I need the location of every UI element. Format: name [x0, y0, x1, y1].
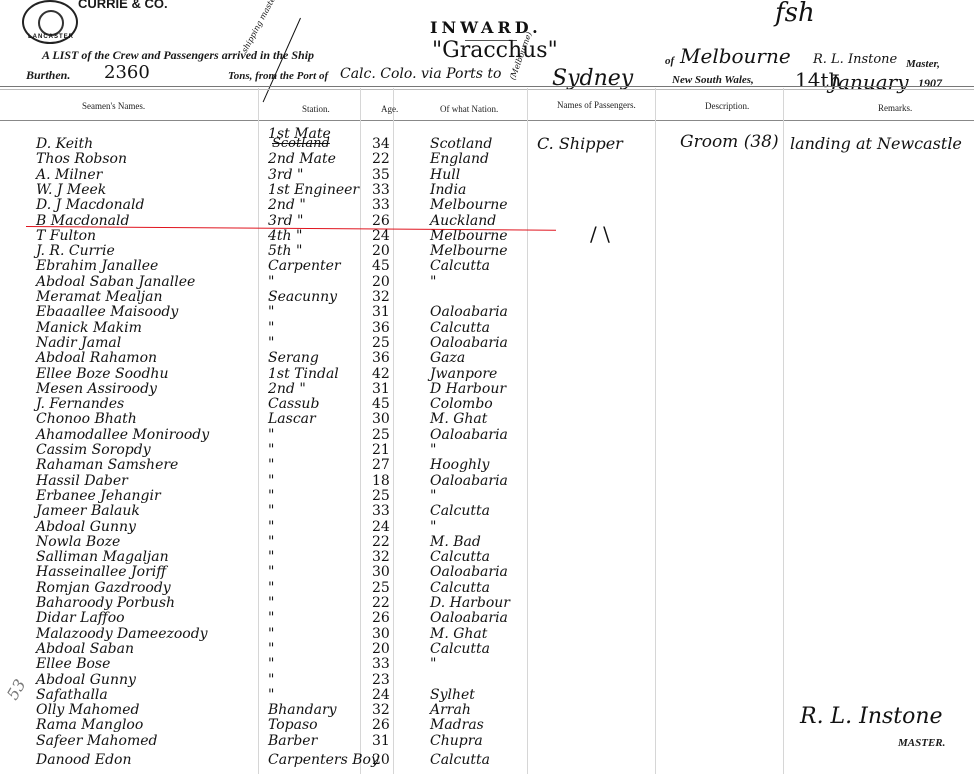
- table-row: W. J Meek1st Engineer33India: [0, 182, 974, 198]
- crew-station: ": [268, 427, 274, 443]
- crew-station: Seacunny: [268, 289, 337, 305]
- table-row: Safathalla"24Sylhet: [0, 687, 974, 703]
- table-row: Meramat MealjanSeacunny32: [0, 289, 974, 305]
- crew-age: 24: [372, 228, 390, 244]
- crew-name: D. J Macdonald: [36, 197, 144, 213]
- crew-station: ": [268, 442, 274, 458]
- crew-station: 3rd ": [268, 213, 303, 229]
- from-port: Calc. Colo. via Ports to: [340, 66, 501, 82]
- crew-name: W. J Meek: [36, 182, 106, 198]
- crew-nation: D Harbour: [430, 381, 506, 397]
- crew-station: ": [268, 564, 274, 580]
- crew-station: ": [268, 595, 274, 611]
- crew-nation: Calcutta: [430, 503, 490, 519]
- crew-age: 25: [372, 335, 390, 351]
- lancaster-stamp: LANCASTER: [22, 0, 78, 44]
- date-month: January: [830, 70, 909, 94]
- crew-age: 32: [372, 549, 390, 565]
- table-row: Baharoody Porbush"22D. Harbour: [0, 595, 974, 611]
- crew-station: ": [268, 488, 274, 504]
- crew-name: Meramat Mealjan: [36, 289, 163, 305]
- crew-nation: ": [430, 442, 436, 458]
- state-label: New South Wales,: [672, 74, 754, 86]
- crew-nation: Chupra: [430, 733, 483, 749]
- crew-station: 1st Tindal: [268, 366, 339, 382]
- crew-nation: M. Ghat: [430, 626, 487, 642]
- crew-nation: Madras: [430, 717, 484, 733]
- crew-nation: Arrah: [430, 702, 471, 718]
- crew-name: A. Milner: [36, 167, 102, 183]
- crew-age: 25: [372, 488, 390, 504]
- struck-text: Scotland: [272, 136, 330, 151]
- crew-age: 22: [372, 595, 390, 611]
- crew-age: 20: [372, 641, 390, 657]
- crew-station: 2nd Mate: [268, 151, 336, 167]
- crew-station: ": [268, 503, 274, 519]
- crew-name: Erbanee Jehangir: [36, 488, 161, 504]
- header-remarks: Remarks.: [878, 103, 912, 113]
- crew-age: 24: [372, 687, 390, 703]
- company-name: CURRIE & CO.: [78, 0, 168, 11]
- crew-age: 36: [372, 320, 390, 336]
- crew-age: 31: [372, 381, 390, 397]
- table-row: Nadir Jamal"25Oaloabaria: [0, 335, 974, 351]
- crew-age: 18: [372, 473, 390, 489]
- table-row: Ellee Bose"33": [0, 656, 974, 672]
- crew-name: Abdoal Gunny: [36, 672, 136, 688]
- ship-name: "Gracchus": [432, 38, 558, 63]
- table-row: Hassil Daber"18Oaloabaria: [0, 473, 974, 489]
- table-row: Abdoal RahamonSerang36Gaza: [0, 350, 974, 366]
- crew-age: 32: [372, 702, 390, 718]
- table-row: Mesen Assiroody2nd "31D Harbour: [0, 381, 974, 397]
- header-passengers: Names of Passengers.: [557, 100, 636, 110]
- crew-station: Bhandary: [268, 702, 337, 718]
- table-row: Didar Laffoo"26Oaloabaria: [0, 610, 974, 626]
- of-label: of: [665, 55, 674, 67]
- crew-age: 45: [372, 258, 390, 274]
- crew-nation: Calcutta: [430, 752, 490, 768]
- crew-name: Cassim Soropdy: [36, 442, 151, 458]
- crew-name: Chonoo Bhath: [36, 411, 137, 427]
- table-row: Hasseinallee Joriff"30Oaloabaria: [0, 564, 974, 580]
- crew-age: 45: [372, 396, 390, 412]
- crew-station: ": [268, 473, 274, 489]
- table-row: J. FernandesCassub45Colombo: [0, 396, 974, 412]
- crew-name: Ahamodallee Moniroody: [36, 427, 209, 443]
- crew-age: 33: [372, 503, 390, 519]
- crew-nation: Scotland: [430, 136, 492, 152]
- crew-station: ": [268, 320, 274, 336]
- crew-station: 2nd ": [268, 197, 306, 213]
- crew-station: Cassub: [268, 396, 319, 412]
- crew-station: ": [268, 656, 274, 672]
- crew-age: 33: [372, 197, 390, 213]
- crew-station: ": [268, 335, 274, 351]
- crew-age: 26: [372, 610, 390, 626]
- crew-nation: India: [430, 182, 466, 198]
- passenger-description: Groom (38): [680, 132, 779, 152]
- master-signature: R. L. Instone: [800, 704, 943, 729]
- crew-name: T Fulton: [36, 228, 96, 244]
- crew-name: Romjan Gazdroody: [36, 580, 171, 596]
- crew-name: Mesen Assiroody: [36, 381, 157, 397]
- crew-age: 30: [372, 626, 390, 642]
- crew-age: 30: [372, 411, 390, 427]
- crew-name: J. Fernandes: [36, 396, 124, 412]
- crew-name: Manick Makim: [36, 320, 142, 336]
- table-row: J. R. Currie5th "20Melbourne: [0, 243, 974, 259]
- crew-age: 25: [372, 427, 390, 443]
- crew-name: Abdoal Gunny: [36, 519, 136, 535]
- crew-station: 5th ": [268, 243, 302, 259]
- crew-nation: ": [430, 274, 436, 290]
- crew-nation: ": [430, 488, 436, 504]
- crew-station: 1st Engineer: [268, 182, 359, 198]
- crew-station: 3rd ": [268, 167, 303, 183]
- burthen-value: 2360: [104, 62, 150, 83]
- crew-age: 31: [372, 733, 390, 749]
- crew-name: D. Keith: [36, 136, 93, 152]
- crew-age: 24: [372, 519, 390, 535]
- crew-station: ": [268, 519, 274, 535]
- stamp-emblem-icon: [38, 10, 64, 36]
- table-row: Abdoal Gunny"23: [0, 672, 974, 688]
- crew-age: 21: [372, 442, 390, 458]
- table-row: Manick Makim"36Calcutta: [0, 320, 974, 336]
- crew-nation: ": [430, 656, 436, 672]
- crew-station: Carpenters Boy: [268, 752, 379, 768]
- crew-age: 26: [372, 213, 390, 229]
- crew-age: 27: [372, 457, 390, 473]
- crew-name: Ellee Bose: [36, 656, 110, 672]
- crew-name: Hassil Daber: [36, 473, 128, 489]
- crew-nation: Melbourne: [430, 197, 508, 213]
- table-row: Ebaaallee Maisoody"31Oaloabaria: [0, 304, 974, 320]
- crew-name: Safathalla: [36, 687, 108, 703]
- crew-station: ": [268, 549, 274, 565]
- table-row: Abdoal Gunny"24": [0, 519, 974, 535]
- tick-mark: / \: [590, 222, 610, 246]
- crew-nation: Colombo: [430, 396, 493, 412]
- table-row: Erbanee Jehangir"25": [0, 488, 974, 504]
- crew-station: Carpenter: [268, 258, 341, 274]
- crew-age: 36: [372, 350, 390, 366]
- crew-nation: Jwanpore: [430, 366, 497, 382]
- crew-nation: D. Harbour: [430, 595, 510, 611]
- crew-nation: Hull: [430, 167, 460, 183]
- crew-age: 23: [372, 672, 390, 688]
- crew-station: ": [268, 672, 274, 688]
- header-station: Station.: [302, 104, 330, 114]
- table-row: Thos Robson2nd Mate22England: [0, 151, 974, 167]
- table-row: Jameer Balauk"33Calcutta: [0, 503, 974, 519]
- crew-station: Topaso: [268, 717, 318, 733]
- crew-station: ": [268, 457, 274, 473]
- crew-station: ": [268, 304, 274, 320]
- crew-name: J. R. Currie: [36, 243, 115, 259]
- crew-age: 22: [372, 534, 390, 550]
- crew-station: ": [268, 626, 274, 642]
- table-row: Romjan Gazdroody"25Calcutta: [0, 580, 974, 596]
- crew-station: ": [268, 610, 274, 626]
- crew-station: Lascar: [268, 411, 316, 427]
- table-row: Abdoal Saban"20Calcutta: [0, 641, 974, 657]
- crew-nation: Oaloabaria: [430, 564, 508, 580]
- crew-nation: Calcutta: [430, 549, 490, 565]
- table-row: Malazoody Dameezoody"30M. Ghat: [0, 626, 974, 642]
- table-row: Salliman Magaljan"32Calcutta: [0, 549, 974, 565]
- destination-port: Sydney: [552, 66, 633, 91]
- header-age: Age.: [381, 104, 398, 114]
- crew-station: ": [268, 534, 274, 550]
- crew-nation: Oaloabaria: [430, 335, 508, 351]
- table-row: Abdoal Saban Janallee"20": [0, 274, 974, 290]
- crew-nation: Calcutta: [430, 641, 490, 657]
- crew-name: Abdoal Saban: [36, 641, 134, 657]
- table-row: A. Milner3rd "35Hull: [0, 167, 974, 183]
- crew-age: 20: [372, 243, 390, 259]
- crew-station: 2nd ": [268, 381, 306, 397]
- crew-name: Nowla Boze: [36, 534, 120, 550]
- crew-station: ": [268, 687, 274, 703]
- crew-name: Ebrahim Janallee: [36, 258, 158, 274]
- crew-age: 20: [372, 752, 390, 768]
- table-row: Ahamodallee Moniroody"25Oaloabaria: [0, 427, 974, 443]
- master-footer-label: MASTER.: [898, 737, 945, 749]
- crew-age: 31: [372, 304, 390, 320]
- crew-age: 33: [372, 656, 390, 672]
- crew-nation: M. Ghat: [430, 411, 487, 427]
- header-description: Description.: [705, 101, 749, 111]
- crew-name: Rama Mangloo: [36, 717, 143, 733]
- crew-station: ": [268, 580, 274, 596]
- burthen-label: Burthen.: [26, 68, 70, 83]
- form-line-1: A LIST of the Crew and Passengers arrive…: [42, 48, 314, 63]
- crew-age: 20: [372, 274, 390, 290]
- crew-age: 35: [372, 167, 390, 183]
- crew-name: Olly Mahomed: [36, 702, 139, 718]
- crew-name: Didar Laffoo: [36, 610, 125, 626]
- crew-nation: Auckland: [430, 213, 496, 229]
- table-row: Cassim Soropdy"21": [0, 442, 974, 458]
- crew-age: 34: [372, 136, 390, 152]
- crew-age: 42: [372, 366, 390, 382]
- stamp-text: LANCASTER: [28, 34, 74, 40]
- crew-nation: Oaloabaria: [430, 304, 508, 320]
- crew-nation: Gaza: [430, 350, 465, 366]
- crew-name: Abdoal Rahamon: [36, 350, 157, 366]
- crew-age: 30: [372, 564, 390, 580]
- table-row: Ebrahim JanalleeCarpenter45Calcutta: [0, 258, 974, 274]
- crew-nation: Melbourne: [430, 243, 508, 259]
- crew-nation: ": [430, 519, 436, 535]
- crew-name: Ellee Boze Soodhu: [36, 366, 168, 382]
- crew-nation: M. Bad: [430, 534, 481, 550]
- crew-nation: Calcutta: [430, 580, 490, 596]
- crew-age: 22: [372, 151, 390, 167]
- table-row: D. J Macdonald2nd "33Melbourne: [0, 197, 974, 213]
- table-row: Rahaman Samshere"27Hooghly: [0, 457, 974, 473]
- crew-name: Malazoody Dameezoody: [36, 626, 208, 642]
- table-row: Nowla Boze"22M. Bad: [0, 534, 974, 550]
- crew-age: 26: [372, 717, 390, 733]
- crew-station: Serang: [268, 350, 319, 366]
- crew-nation: Calcutta: [430, 258, 490, 274]
- table-row: Danood EdonCarpenters Boy20Calcutta: [0, 752, 974, 768]
- table-row: Safeer MahomedBarber31Chupra: [0, 733, 974, 749]
- passenger-name: C. Shipper: [537, 134, 623, 153]
- crew-age: 32: [372, 289, 390, 305]
- annotation-initials: fsh: [775, 0, 815, 28]
- crew-name: Salliman Magaljan: [36, 549, 169, 565]
- crew-station: ": [268, 641, 274, 657]
- crew-name: Baharoody Porbush: [36, 595, 175, 611]
- crew-nation: Hooghly: [430, 457, 489, 473]
- crew-nation: Oaloabaria: [430, 473, 508, 489]
- crew-name: Rahaman Samshere: [36, 457, 178, 473]
- crew-nation: Oaloabaria: [430, 610, 508, 626]
- table-row: Chonoo BhathLascar30M. Ghat: [0, 411, 974, 427]
- home-port: Melbourne: [680, 44, 791, 68]
- crew-name: Safeer Mahomed: [36, 733, 157, 749]
- crew-nation: England: [430, 151, 489, 167]
- tons-from-label: Tons, from the Port of: [228, 70, 328, 82]
- crew-name: Danood Edon: [36, 752, 131, 768]
- crew-name: Ebaaallee Maisoody: [36, 304, 178, 320]
- crew-station: ": [268, 274, 274, 290]
- header-nation: Of what Nation.: [440, 104, 498, 114]
- crew-name: Nadir Jamal: [36, 335, 121, 351]
- crew-name: Abdoal Saban Janallee: [36, 274, 195, 290]
- crew-nation: Calcutta: [430, 320, 490, 336]
- master-name: R. L. Instone: [813, 52, 897, 67]
- table-row: Ellee Boze Soodhu1st Tindal42Jwanpore: [0, 366, 974, 382]
- crew-nation: Sylhet: [430, 687, 475, 703]
- diagonal-annotation: shipping master states not required: [240, 0, 316, 54]
- crew-name: Thos Robson: [36, 151, 127, 167]
- crew-age: 33: [372, 182, 390, 198]
- crew-age: 25: [372, 580, 390, 596]
- passenger-remarks: landing at Newcastle: [790, 134, 962, 153]
- crew-name: Hasseinallee Joriff: [36, 564, 166, 580]
- master-label: Master,: [906, 58, 940, 70]
- crew-nation: Oaloabaria: [430, 427, 508, 443]
- header-seamens-names: Seamen's Names.: [82, 101, 145, 111]
- crew-name: Jameer Balauk: [36, 503, 140, 519]
- crew-station: 4th ": [268, 228, 302, 244]
- crew-station: Barber: [268, 733, 317, 749]
